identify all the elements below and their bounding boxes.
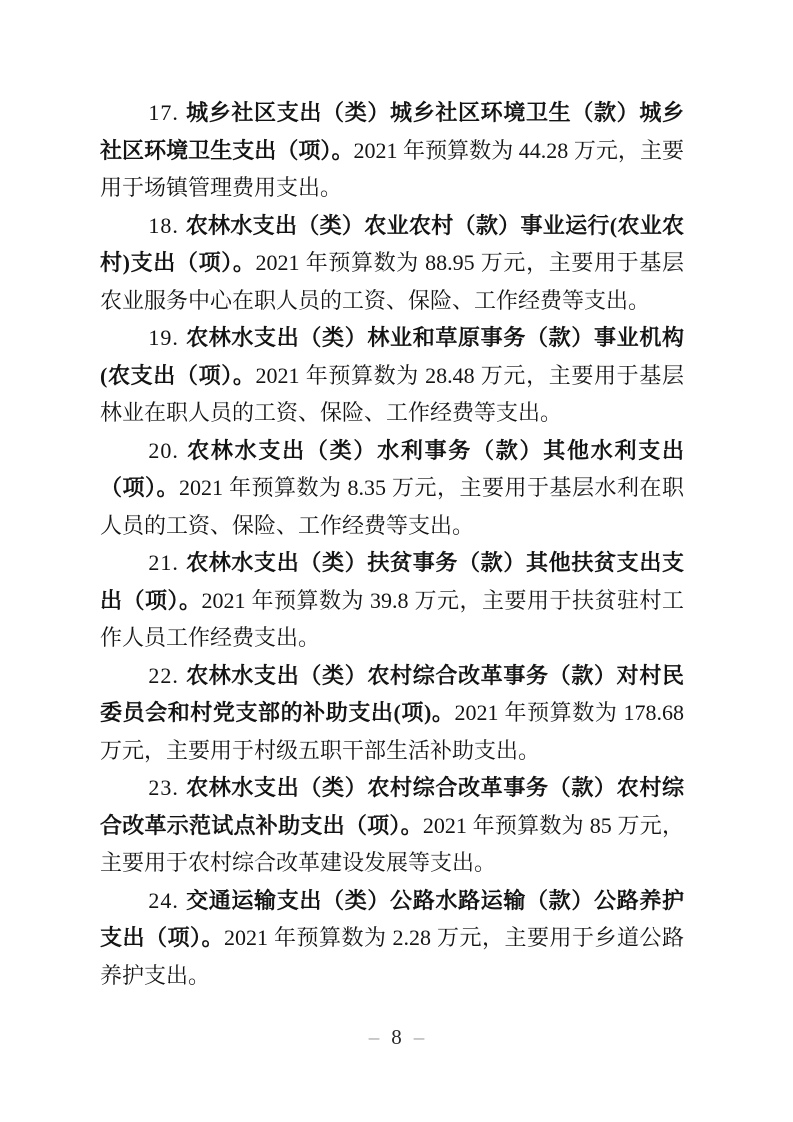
footer-right-dash: – xyxy=(408,1025,431,1049)
budget-item-19: 19. 农林水支出（类）林业和草原事务（款）事业机构(农支出（项）。2021 年… xyxy=(100,319,684,432)
item-number: 20. xyxy=(148,438,187,463)
budget-item-17: 17. 城乡社区支出（类）城乡社区环境卫生（款）城乡社区环境卫生支出（项）。20… xyxy=(100,94,684,207)
item-number: 17. xyxy=(148,100,186,125)
page-number: 8 xyxy=(385,1025,408,1049)
budget-item-23: 23. 农林水支出（类）农村综合改革事务（款）农村综合改革示范试点补助支出（项）… xyxy=(100,769,684,882)
document-page: 17. 城乡社区支出（类）城乡社区环境卫生（款）城乡社区环境卫生支出（项）。20… xyxy=(0,0,793,1122)
item-body: 2021 年预算数为 8.35 万元，主要用于基层水利在职人员的工资、保险、工作… xyxy=(100,475,684,538)
budget-item-24: 24. 交通运输支出（类）公路水路运输（款）公路养护支出（项）。2021 年预算… xyxy=(100,882,684,995)
budget-item-21: 21. 农林水支出（类）扶贫事务（款）其他扶贫支出支出（项）。2021 年预算数… xyxy=(100,544,684,657)
budget-item-22: 22. 农林水支出（类）农村综合改革事务（款）对村民委员会和村党支部的补助支出(… xyxy=(100,657,684,770)
budget-items-list: 17. 城乡社区支出（类）城乡社区环境卫生（款）城乡社区环境卫生支出（项）。20… xyxy=(100,94,684,994)
item-number: 22. xyxy=(148,663,186,688)
budget-item-20: 20. 农林水支出（类）水利事务（款）其他水利支出（项）。2021 年预算数为 … xyxy=(100,432,684,545)
item-number: 21. xyxy=(148,550,186,575)
item-number: 19. xyxy=(148,325,186,350)
item-number: 24. xyxy=(148,888,186,913)
footer-left-dash: – xyxy=(363,1025,386,1049)
budget-item-18: 18. 农林水支出（类）农业农村（款）事业运行(农业农村)支出（项）。2021 … xyxy=(100,207,684,320)
item-number: 18. xyxy=(148,213,185,238)
page-footer: –8– xyxy=(0,1022,793,1052)
item-number: 23. xyxy=(148,775,186,800)
